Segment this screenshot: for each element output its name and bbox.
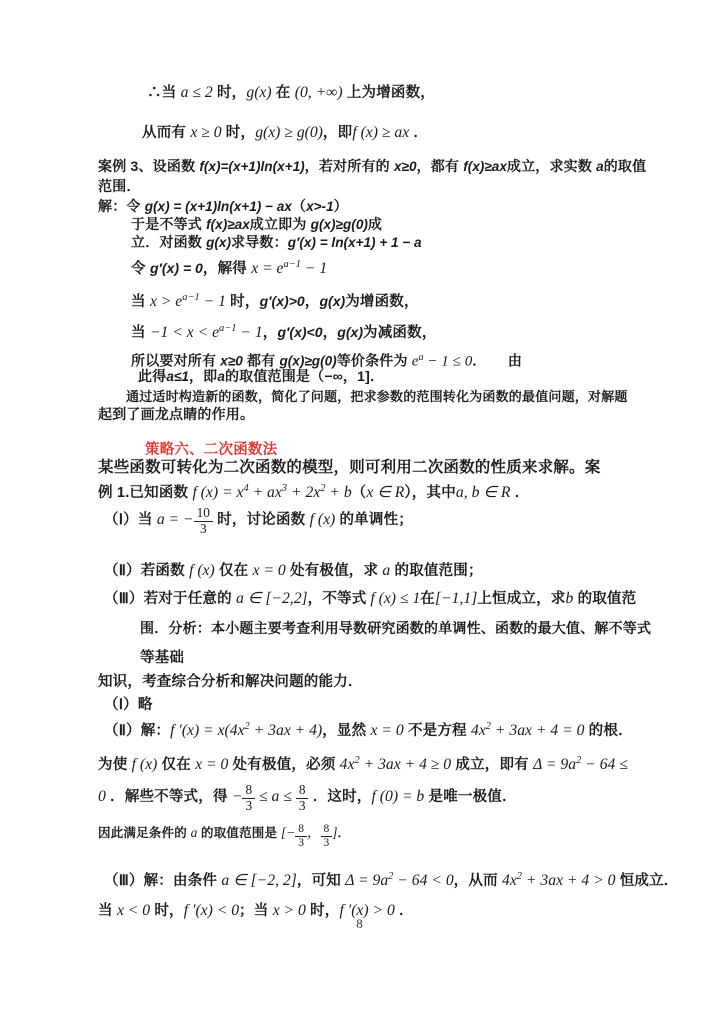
math-run: + 3ax + 4 ≥ 0 [360,756,451,773]
math-run: f (x) [310,511,336,528]
math-run: [− [281,825,295,840]
math-run: f (0) = b [372,788,425,805]
text-run: ，若对所有的 [305,158,394,174]
math-run: f (x) ≥ ax [352,124,409,141]
fraction: 103 [194,506,213,537]
math-run: ≤ a ≤ [255,788,296,805]
text-run: 解：令 [98,198,145,214]
text-run: ， [305,294,320,310]
superscript-run: a−1 [182,292,199,303]
text-run: ． [338,826,351,840]
math-run: + 3ax + 4 = 0 [491,722,584,739]
line-hence-fx-ge-ax: 从而有 x ≥ 0 时，g(x) ≥ g(0)，即f (x) ≥ ax ． [142,122,428,144]
text-run: 的单调性； [335,512,413,528]
math-run: − 1 [200,293,226,310]
text-run: 的取值 [604,158,647,174]
line-answer-2-solve: 0 ．解些不等式，得 −83 ≤ a ≤ 83 ．这时，f (0) = b 是唯… [98,783,517,814]
text-run: 处有极值，求 [286,563,383,579]
fraction-denominator: 3 [321,837,333,850]
math-run: + 2x [287,484,320,501]
math-run: a, b ∈ R [456,484,511,501]
math-run: g(x) [319,293,345,309]
math-run: x = 0 [371,722,404,739]
math-run: − 1 ≤ 0 [424,354,473,370]
text-run: 的取值范围； [390,563,482,579]
text-run: 案例 3、设函数 [98,158,199,174]
text-run: 为使 [98,757,132,773]
text-run: （Ⅱ）解： [104,723,170,739]
fraction: 83 [321,823,333,850]
fraction: 83 [242,783,255,814]
fraction-denominator: 3 [242,799,255,814]
line-answer-2: （Ⅱ）解：f ′(x) = x(4x2 + 3ax + 4)，显然 x = 0 … [104,716,633,742]
math-run: a = − [157,511,194,528]
math-run: 4x [502,872,517,889]
line-set-derivative-zero: 令 g′(x) = 0，解得 x = ea−1 − 1 [131,254,327,280]
text-run: ，解得 [203,261,251,277]
math-run: Δ = 9a [345,872,388,889]
math-run: f(x)≥ax [463,159,507,174]
math-run: f (x) [189,562,215,579]
math-run: + 3ax + 4 > 0 [522,872,615,889]
text-run: ． [409,125,428,141]
math-run: a≤1 [166,369,189,384]
math-run: Δ = 9a [533,756,576,773]
text-run: 例 1.已知函数 [98,485,192,501]
math-run: g(x) [206,235,231,250]
text-run: 上为增函数， [343,85,435,101]
text-run: 围．分析：本小题主要考查利用导数研究函数的单调性、函数的最大值、解不等式 [140,620,651,636]
math-run: g(x) = (x+1)ln(x+1) − ax [145,199,292,214]
text-run: 成立即为 [250,216,311,232]
math-run: + ax [249,484,282,501]
math-run: − 64 ≤ [581,756,628,773]
text-run: （ [292,198,306,214]
text-run: 时， [226,294,260,310]
fraction-numerator: 8 [242,783,255,799]
text-run: ，显然 [322,723,370,739]
text-run: 令 [131,261,150,277]
math-run: f (x) ≤ 1 [366,590,420,607]
line-answer-1: （Ⅰ）略 [104,695,153,716]
text-run: ∴当 [147,85,181,101]
text-run: ． 由 [472,353,522,369]
text-run: 仅在 [157,757,195,773]
text-run: 时，讨论函数 [213,512,310,528]
math-run: a [217,369,225,384]
math-run: g′(x) = 0 [150,260,203,276]
math-run: −1 < x < e [150,324,219,341]
text-run: 的根． [584,723,632,739]
fraction-denominator: 3 [296,799,309,814]
text-run: 恒成立． [615,873,678,889]
text-run: 是唯一极值． [424,789,516,805]
text-run: 范围． [98,178,141,194]
math-run: + 3ax + 4) [250,722,322,739]
fraction-numerator: 10 [194,506,213,522]
math-run: f (x) = x [192,484,243,501]
text-run: 求导数： [231,234,288,250]
text-run: （Ⅰ）略 [104,697,153,713]
line-when-x-greater: 当 x > ea−1 − 1 时，g′(x)>0，g(x)为增函数， [131,287,419,313]
math-run: f (x) [132,756,158,773]
text-run: （Ⅲ）若对于任意的 [104,591,236,607]
text-run: 成立，即有 [451,757,533,773]
superscript-run: a−1 [284,259,301,270]
text-run: 通过适时构造新的函数，简化了问题，把求参数的范围转化为函数的最值问题，对解题 [126,389,628,404]
text-run: ），其中 [404,485,456,501]
text-run: 处有极值，必须 [228,757,339,773]
math-run: − 1 [237,324,263,341]
text-run: ，从而 [454,873,502,889]
text-run: 上恒成立，求 [477,591,565,607]
text-run: ．解些不等式，得 [106,789,232,805]
line-answer-2-cond: 为使 f (x) 仅在 x = 0 处有极值，必须 4x2 + 3ax + 4 … [98,750,628,776]
math-run: g(x)≥g(0) [311,217,368,232]
math-run: g(x) [337,324,363,340]
superscript-run: a−1 [219,323,236,334]
text-run: 起到了画龙点睛的作用。 [98,406,254,422]
text-run: （ [352,485,367,501]
text-run: ，都有 [417,158,464,174]
text-run: 仅在 [215,563,253,579]
math-run: g′(x) = ln(x+1) + 1 − a [288,235,422,250]
text-run: ，即 [323,125,352,141]
math-run: x ∈ R [366,484,404,501]
text-run: 为减函数， [363,325,437,341]
text-run: ，即 [189,368,217,384]
text-run: 的取值范 [573,591,636,607]
math-run: x > e [150,293,182,310]
line-item-1: （Ⅰ）当 a = −103 时，讨论函数 f (x) 的单调性； [104,506,413,537]
line-example1: 例 1.已知函数 f (x) = x4 + ax3 + 2x2 + b（x ∈ … [98,478,529,504]
math-run: x>-1 [306,199,334,214]
text-run: 时， [213,85,247,101]
text-run: ， [323,325,338,341]
line-item-3: （Ⅲ）若对于任意的 a ∈ [−2,2]，不等式 f (x) ≤ 1在[−1,1… [104,588,636,610]
fraction-denominator: 3 [295,837,307,850]
text-run: 当 [131,325,150,341]
math-run: x ≥ 0 [190,124,221,141]
math-run: 4x [340,756,355,773]
math-run: e [412,354,419,370]
document-page: ∴当 a ≤ 2 时，g(x) 在 (0, +∞) 上为增函数，从而有 x ≥ … [0,0,719,1018]
line-analysis: 围．分析：本小题主要考查利用导数研究函数的单调性、函数的最大值、解不等式 [140,618,651,639]
math-run: 4x [471,722,486,739]
math-run: x = 0 [195,756,228,773]
math-run: a ∈ [−2, 2] [221,872,297,889]
math-run: a ∈ [−2,2] [236,590,308,607]
math-run: g′(x)<0 [277,324,322,340]
math-run: (0, +∞) [295,84,343,101]
text-run: ，不等式 [308,591,367,607]
text-run: 在 [420,591,435,607]
fraction: 83 [296,783,309,814]
fraction-denominator: 3 [194,522,213,537]
math-run: f(x)≥ax [206,217,250,232]
fraction-numerator: 8 [295,823,307,837]
fraction: 83 [295,823,307,850]
fraction-numerator: 8 [321,823,333,837]
line-answer-3: （Ⅲ）解：由条件 a ∈ [−2, 2]，可知 Δ = 9a2 − 64 < 0… [104,866,679,892]
text-run: 成立，求实数 [507,158,596,174]
math-run: g(x) [246,84,271,101]
text-run: 某些函数可转化为二次函数的模型，则可利用二次函数的性质来求解。案 [98,459,600,476]
text-run: 当 [131,294,150,310]
math-run: − 64 < 0 [393,872,453,889]
text-run: 时， [222,125,256,141]
text-run: ． [510,485,529,501]
text-run: （Ⅱ）若函数 [104,563,189,579]
text-run: 从而有 [142,125,190,141]
text-run: 策略六、二次函数法 [145,442,277,458]
text-run: 在 [272,85,295,101]
text-run: 因此满足条件的 [98,826,191,840]
math-run: [−1,1] [435,590,477,607]
text-run: 成 [368,216,382,232]
text-run: 于是不等式 [131,216,206,232]
text-run: ） [334,198,348,214]
text-run: 的取值范围是（−∞，1]． [225,368,384,384]
math-run: − 1 [301,260,327,277]
math-run: − [232,788,243,805]
text-run: ，可知 [297,873,345,889]
line-range-conclusion: 此得a≤1，即a的取值范围是（−∞，1]． [138,366,384,387]
line-item-2: （Ⅱ）若函数 f (x) 仅在 x = 0 处有极值，求 a 的取值范围； [104,560,483,582]
line-case3-part2: 范围． [98,176,141,197]
math-run: f(x)=(x+1)ln(x+1) [199,159,304,174]
line-answer-2-range: 因此满足条件的 a 的取值范围是 [−83，83]． [98,822,350,850]
line-derivative: 立．对函数 g(x)求导数：g′(x) = ln(x+1) + 1 − a [131,232,422,253]
text-run: （Ⅲ）解：由条件 [104,873,221,889]
math-run: f ′(x) = x(4x [170,722,244,739]
text-run: 此得 [138,368,166,384]
line-remark-part2: 起到了画龙点睛的作用。 [98,404,254,425]
text-run: 知识，考查综合分析和解决问题的能力． [98,674,363,690]
math-run: a [596,159,604,174]
text-run: 立．对函数 [131,234,206,250]
line-therefore-increasing: ∴当 a ≤ 2 时，g(x) 在 (0, +∞) 上为增函数， [147,82,435,104]
line-strategy-intro: 某些函数可转化为二次函数的模型，则可利用二次函数的性质来求解。案 [98,457,600,478]
math-run: x≥0 [394,159,417,174]
line-analysis-cont: 等基础 [140,648,184,669]
math-run: x = e [251,260,283,277]
fraction-numerator: 8 [296,783,309,799]
line-case3-part1: 案例 3、设函数 f(x)=(x+1)ln(x+1)，若对所有的 x≥0，都有 … [98,156,646,177]
text-run: 的取值范围是 [197,826,281,840]
text-run: ．这时， [308,789,371,805]
text-run: 不是方程 [404,723,471,739]
math-run: a ≤ 2 [181,84,213,101]
line-when-x-between: 当 −1 < x < ea−1 − 1，g′(x)<0，g(x)为减函数， [131,318,437,344]
text-run: 为增函数， [345,294,419,310]
text-run: 等基础 [140,650,184,666]
math-run: g′(x)>0 [260,293,305,309]
math-run: ， [307,825,321,840]
text-run: ， [263,325,278,341]
line-analysis-end: 知识，考查综合分析和解决问题的能力． [98,672,363,693]
page-number: 8 [0,916,719,932]
math-run: x = 0 [253,562,286,579]
math-run: + b [325,484,351,501]
math-run: 0 [98,788,106,805]
math-run: g(x) ≥ g(0) [255,124,323,141]
text-run: （Ⅰ）当 [104,512,157,528]
